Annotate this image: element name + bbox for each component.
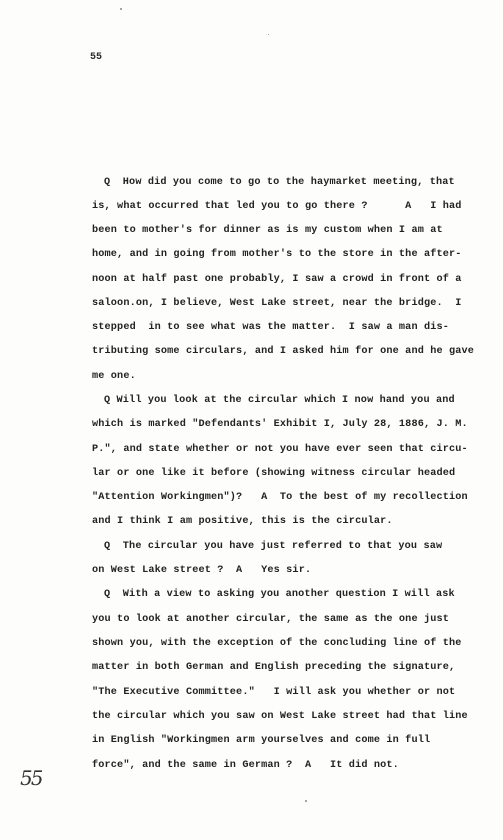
text-line: on West Lake street ? A Yes sir. [92, 565, 311, 577]
text-line: home, and in going from mother's to the … [92, 249, 462, 261]
text-line: Q Will you look at the circular which I … [104, 395, 455, 407]
text-line: and I think I am positive, this is the c… [92, 516, 393, 528]
text-line: saloon.on, I believe, West Lake street, … [92, 298, 462, 310]
text-line: is, what occurred that led you to go the… [92, 201, 462, 213]
scan-speck [268, 34, 269, 35]
text-line: me one. [92, 371, 136, 383]
text-line: "Attention Workingmen")? A To the best o… [92, 492, 468, 504]
text-line: Q With a view to asking you another ques… [104, 589, 455, 601]
text-line: lar or one like it before (showing witne… [92, 468, 455, 480]
text-line: noon at half past one probably, I saw a … [92, 274, 462, 286]
text-line: Q How did you come to go to the haymarke… [104, 177, 455, 189]
text-line: been to mother's for dinner as is my cus… [92, 225, 443, 237]
text-line: "The Executive Committee." I will ask yo… [92, 687, 455, 699]
text-line: the circular which you saw on West Lake … [92, 711, 468, 723]
text-line: which is marked "Defendants' Exhibit I, … [92, 419, 468, 431]
handwritten-margin-note: 55 [18, 766, 44, 790]
page-number: 55 [90, 52, 102, 63]
text-line: matter in both German and English preced… [92, 662, 455, 674]
text-line: stepped in to see what was the matter. I… [92, 322, 449, 334]
text-line: force", and the same in German ? A It di… [92, 760, 399, 772]
document-page: 55 Q How did you come to go to the hayma… [0, 0, 503, 840]
text-line: shown you, with the exception of the con… [92, 638, 462, 650]
text-line: in English "Workingmen arm yourselves an… [92, 735, 430, 747]
scan-speck [120, 8, 122, 10]
text-line: Q The circular you have just referred to… [104, 541, 442, 553]
text-line: P.", and state whether or not you have e… [92, 444, 468, 456]
text-line: you to look at another circular, the sam… [92, 614, 449, 626]
text-line: tributing some circulars, and I asked hi… [92, 346, 474, 358]
scan-speck [305, 800, 307, 802]
